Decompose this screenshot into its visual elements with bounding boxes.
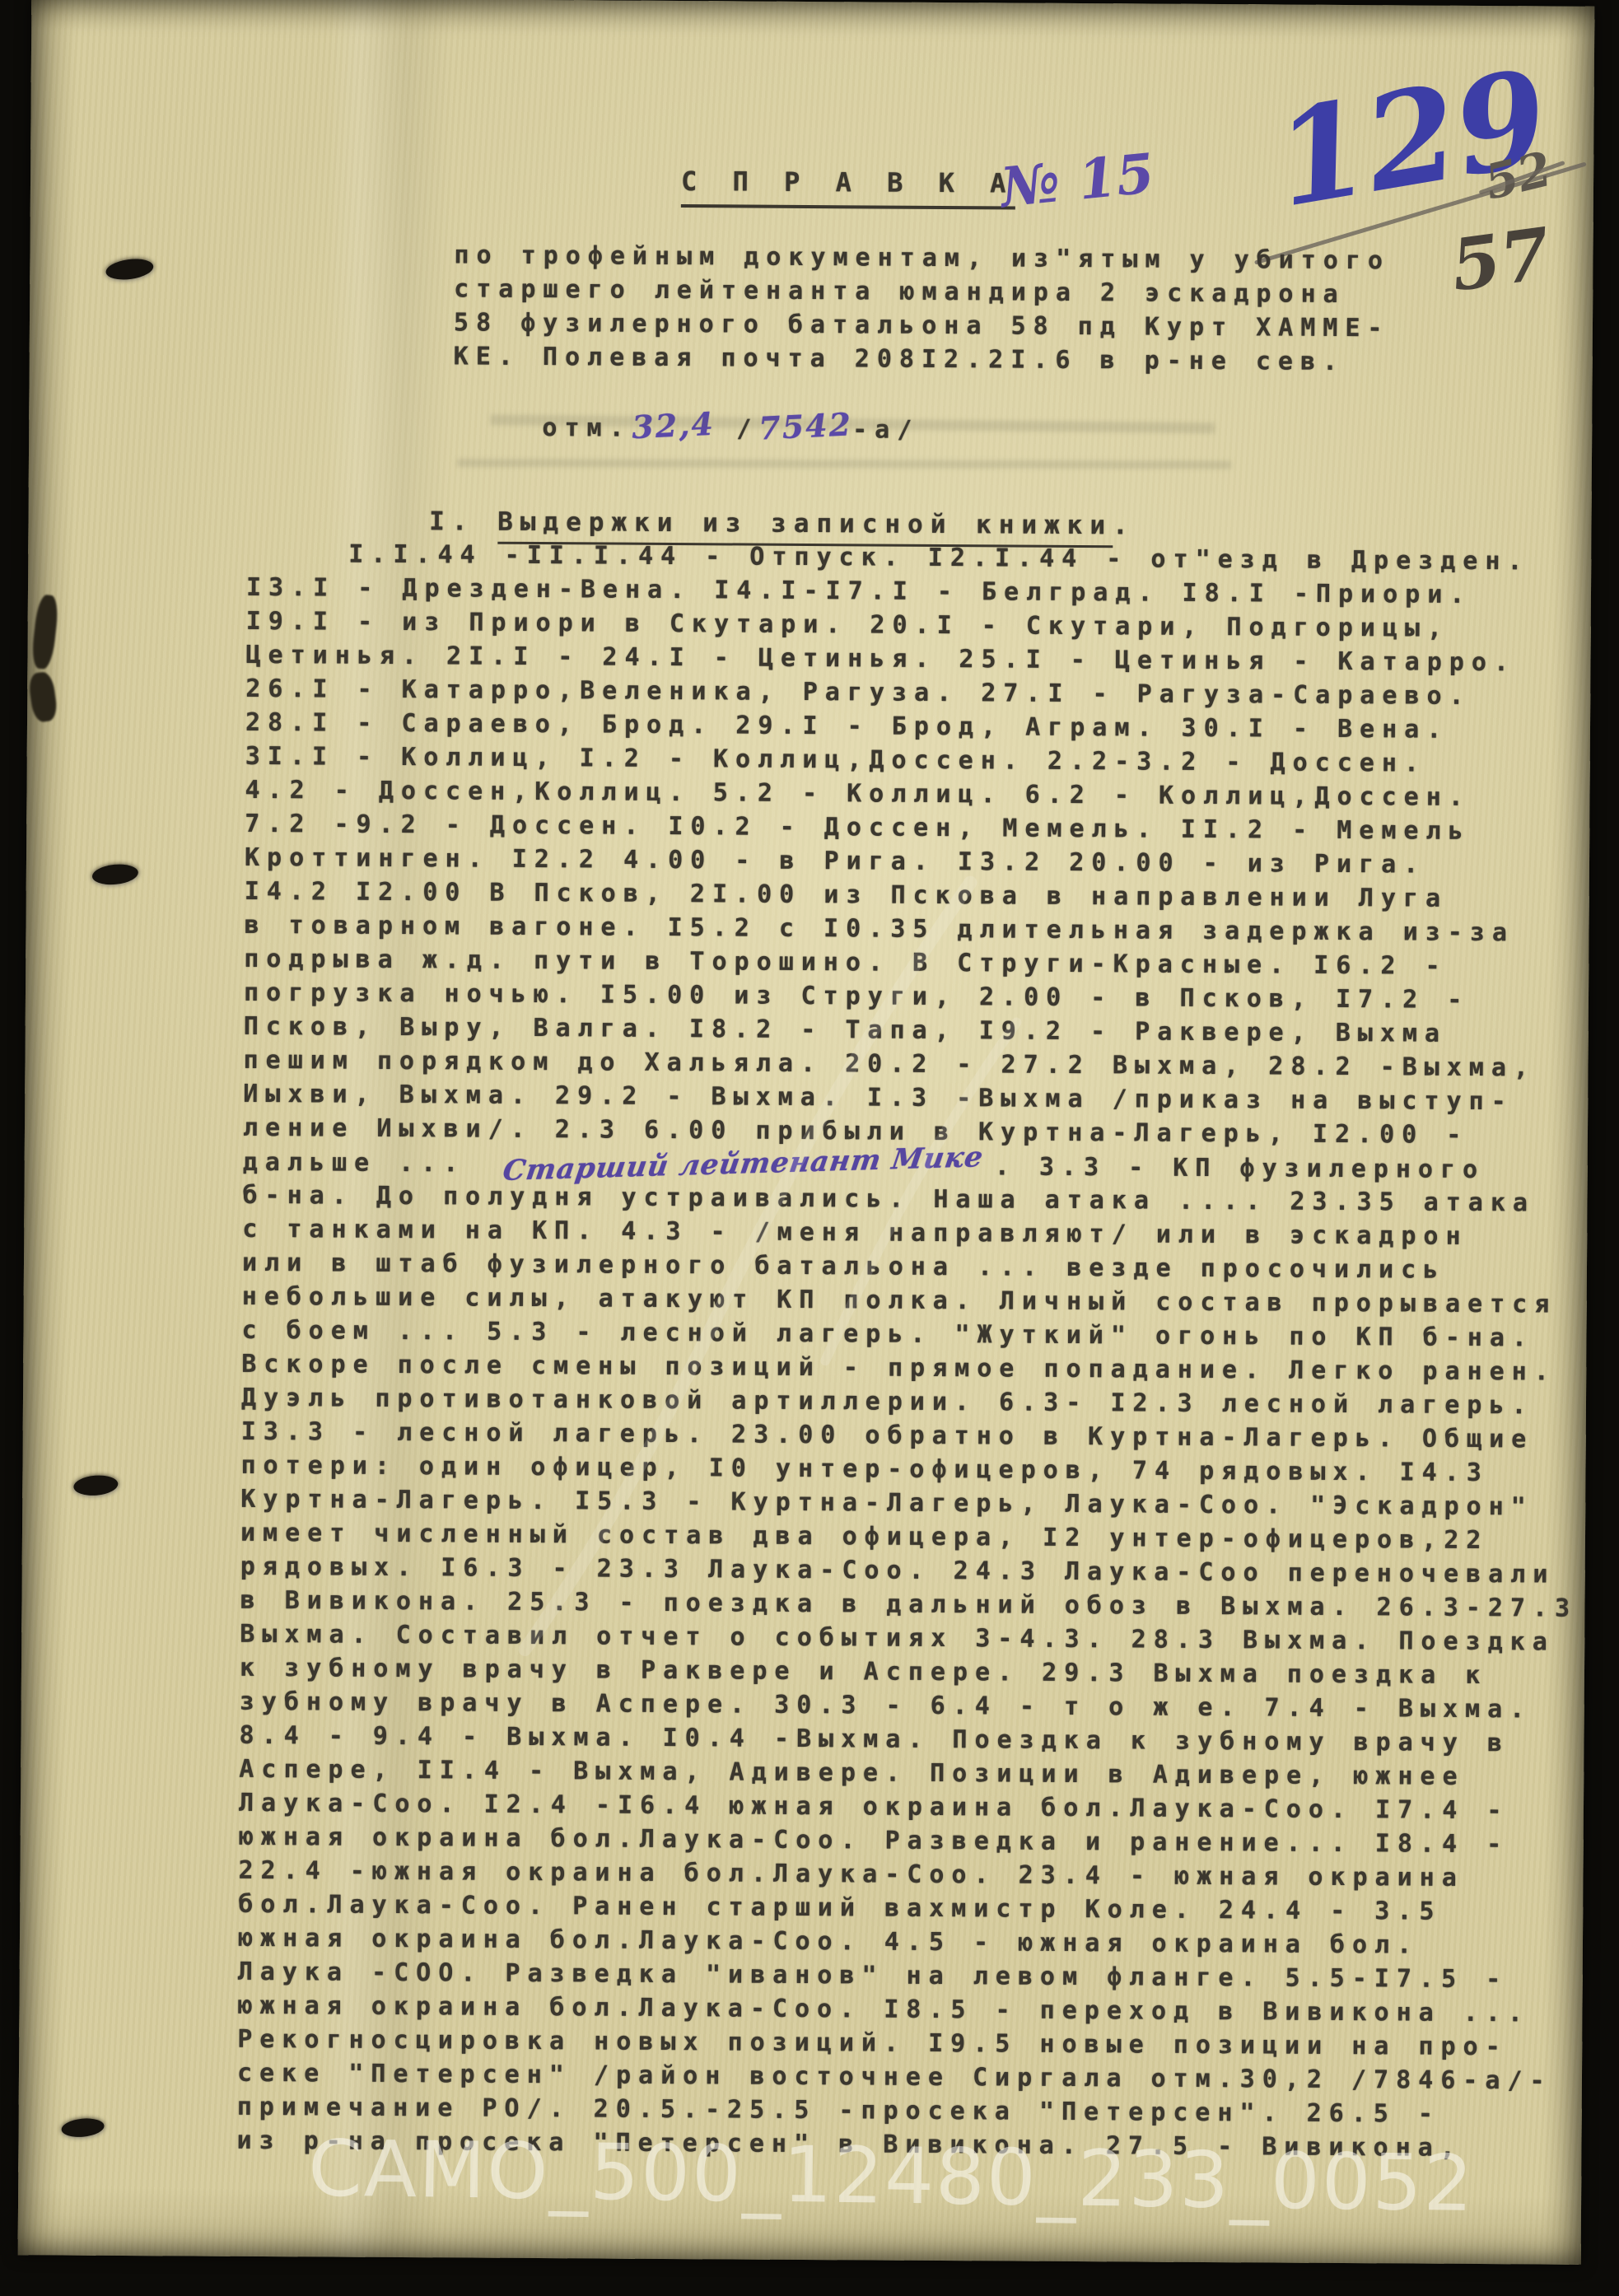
document-title-line: С П Р А В К А (681, 166, 1016, 198)
section-numeral: I. (429, 506, 497, 537)
section-period: . (1113, 511, 1136, 540)
paper-sheet: 129 52 57 С П Р А В К А № 15 по трофейны… (18, 0, 1595, 2265)
punch-hole (61, 2116, 105, 2139)
page-number-ink: 129 (1265, 41, 1558, 237)
punch-hole (105, 256, 155, 282)
archive-watermark-text: САМО_500_12480_233_0052 (308, 2124, 1475, 2229)
punch-hole (91, 862, 139, 886)
scanned-document-page: { "colors": { "paper": "#d6cc9d", "ink_t… (0, 0, 1619, 2296)
edge-stain (27, 671, 58, 723)
doc-number-ink: № 15 (998, 141, 1157, 220)
document-title: С П Р А В К А (681, 166, 1016, 209)
punch-hole (72, 1474, 119, 1497)
erased-line (457, 459, 1231, 469)
header-stamp-line: отм.32,4 /7542-а/ (453, 373, 919, 409)
header-paragraph: по трофейным документам, из"ятым у убито… (454, 238, 1619, 380)
edge-stain (30, 594, 60, 670)
typed-segment: дальше ... (243, 1148, 488, 1178)
